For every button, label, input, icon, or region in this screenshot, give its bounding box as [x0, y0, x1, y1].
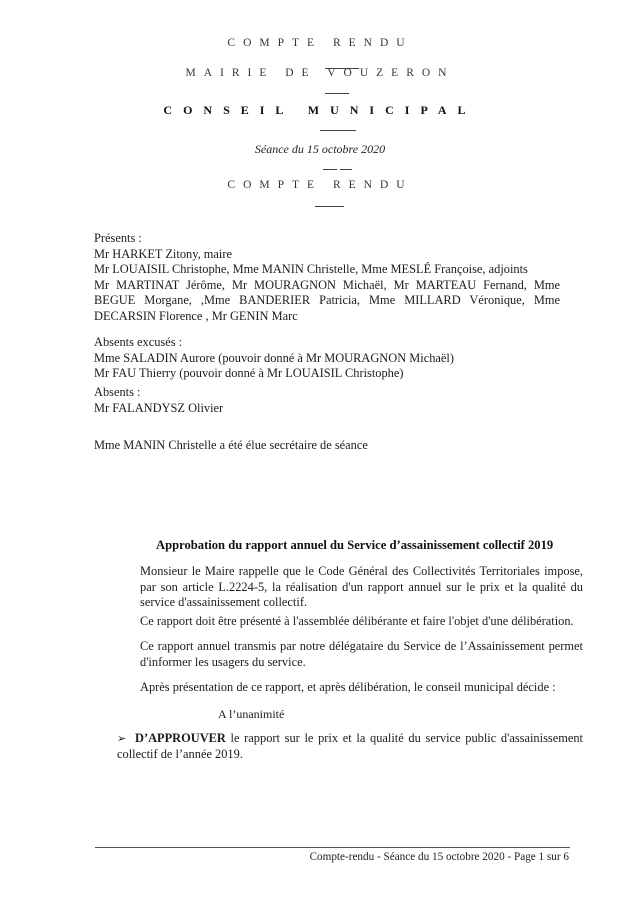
absents-block: Absents : Mr FALANDYSZ Olivier	[94, 385, 223, 416]
paragraph: Ce rapport annuel transmis par notre dél…	[140, 639, 583, 670]
presents-line: Mr LOUAISIL Christophe, Mme MANIN Christ…	[94, 262, 560, 278]
divider	[323, 169, 337, 170]
arrow-bullet-icon: ➢	[117, 731, 135, 747]
paragraph: Monsieur le Maire rappelle que le Code G…	[140, 564, 583, 611]
absents-excuses-line: Mr FAU Thierry (pouvoir donné à Mr LOUAI…	[94, 366, 454, 382]
footer-rule	[95, 847, 570, 848]
header-compte-rendu-bottom: COMPTE RENDU	[0, 179, 640, 191]
decision: ➢D’APPROUVER le rapport sur le prix et l…	[117, 731, 583, 762]
divider	[315, 206, 344, 207]
divider	[320, 130, 356, 131]
presents-line: DECARSIN Florence , Mr GENIN Marc	[94, 309, 560, 325]
header-conseil-municipal: CONSEIL MUNICIPAL	[0, 103, 640, 118]
header-mairie: MAIRIE DE VOUZERON	[0, 67, 640, 79]
absents-excuses-block: Absents excusés : Mme SALADIN Aurore (po…	[94, 335, 454, 382]
seance-date: Séance du 15 octobre 2020	[0, 142, 640, 157]
vote-result: A l’unanimité	[218, 707, 284, 723]
decision-keyword: D’APPROUVER	[135, 731, 226, 745]
section-title: Approbation du rapport annuel du Service…	[156, 538, 553, 553]
paragraph: Ce rapport doit être présenté à l'assemb…	[140, 614, 574, 630]
absents-excuses-label: Absents excusés :	[94, 335, 454, 351]
absents-label: Absents :	[94, 385, 223, 401]
presents-line: BEGUE Morgane, ,Mme BANDERIER Patricia, …	[94, 293, 560, 309]
header-compte-rendu-top: COMPTE RENDU	[0, 37, 640, 49]
presents-block: Présents : Mr HARKET Zitony, maire Mr LO…	[94, 231, 560, 324]
presents-label: Présents :	[94, 231, 560, 247]
absents-line: Mr FALANDYSZ Olivier	[94, 401, 223, 417]
secretaire-seance: Mme MANIN Christelle a été élue secrétai…	[94, 438, 368, 454]
paragraph: Après présentation de ce rapport, et apr…	[140, 680, 556, 696]
divider	[340, 169, 352, 170]
presents-line: Mr MARTINAT Jérôme, Mr MOURAGNON Michaël…	[94, 278, 560, 294]
presents-line: Mr HARKET Zitony, maire	[94, 247, 560, 263]
footer-page-info: Compte-rendu - Séance du 15 octobre 2020…	[310, 851, 569, 863]
divider	[325, 93, 349, 94]
absents-excuses-line: Mme SALADIN Aurore (pouvoir donné à Mr M…	[94, 351, 454, 367]
